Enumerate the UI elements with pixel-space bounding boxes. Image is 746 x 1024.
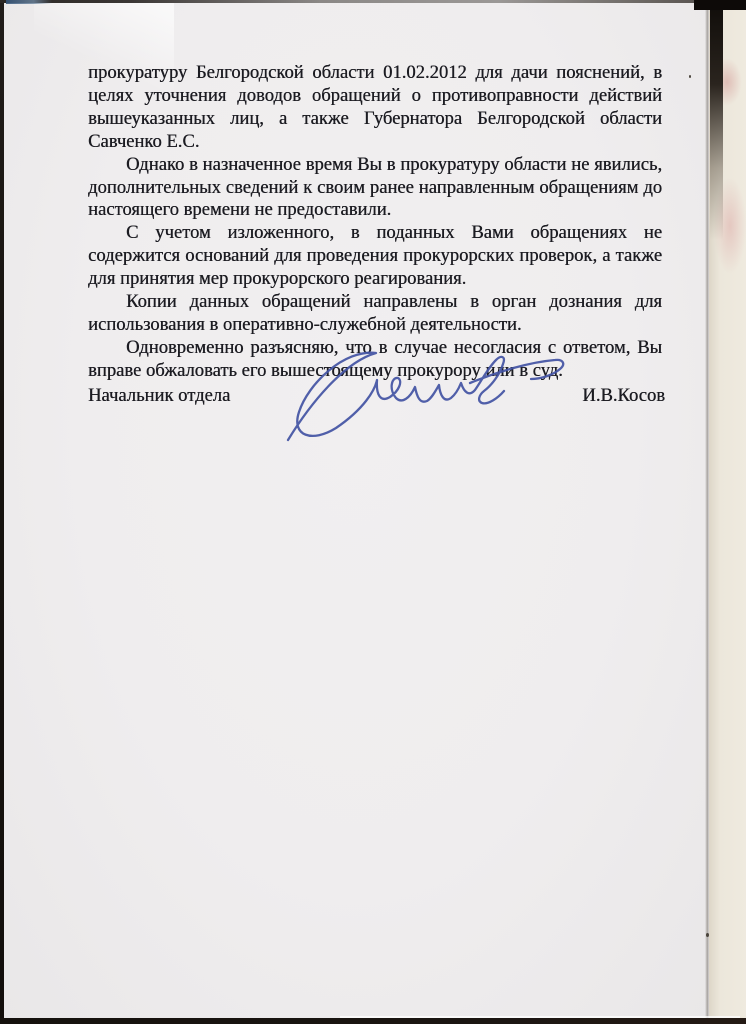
scan-edge-bottom (0, 1018, 746, 1024)
ink-speck (689, 75, 691, 78)
body-paragraph: Копии данных обращений направлены в орга… (88, 291, 662, 337)
ink-speck (706, 933, 709, 937)
body-paragraph: С учетом изложенного, в поданных Вами об… (88, 222, 662, 291)
letter-body: прокуратуру Белгородской области 01.02.2… (88, 62, 662, 383)
signer-position-title: Начальник отдела (88, 385, 230, 407)
scanned-letter-page: { "document": { "language": "ru", "parag… (0, 0, 746, 1024)
scan-edge-left (0, 0, 4, 1024)
body-paragraph: прокуратуру Белгородской области 01.02.2… (88, 62, 662, 154)
scan-edge-right-dark-band (710, 0, 723, 240)
scan-edge-top (0, 0, 712, 3)
body-paragraph: Однако в назначенное время Вы в прокурат… (88, 154, 662, 223)
scan-edge-top-blue-tint (6, 0, 52, 4)
page-separation-shadow (705, 0, 709, 1024)
scan-corner-top-right (694, 0, 746, 10)
signer-name: И.В.Косов (582, 385, 665, 407)
handwritten-signature (272, 340, 572, 452)
